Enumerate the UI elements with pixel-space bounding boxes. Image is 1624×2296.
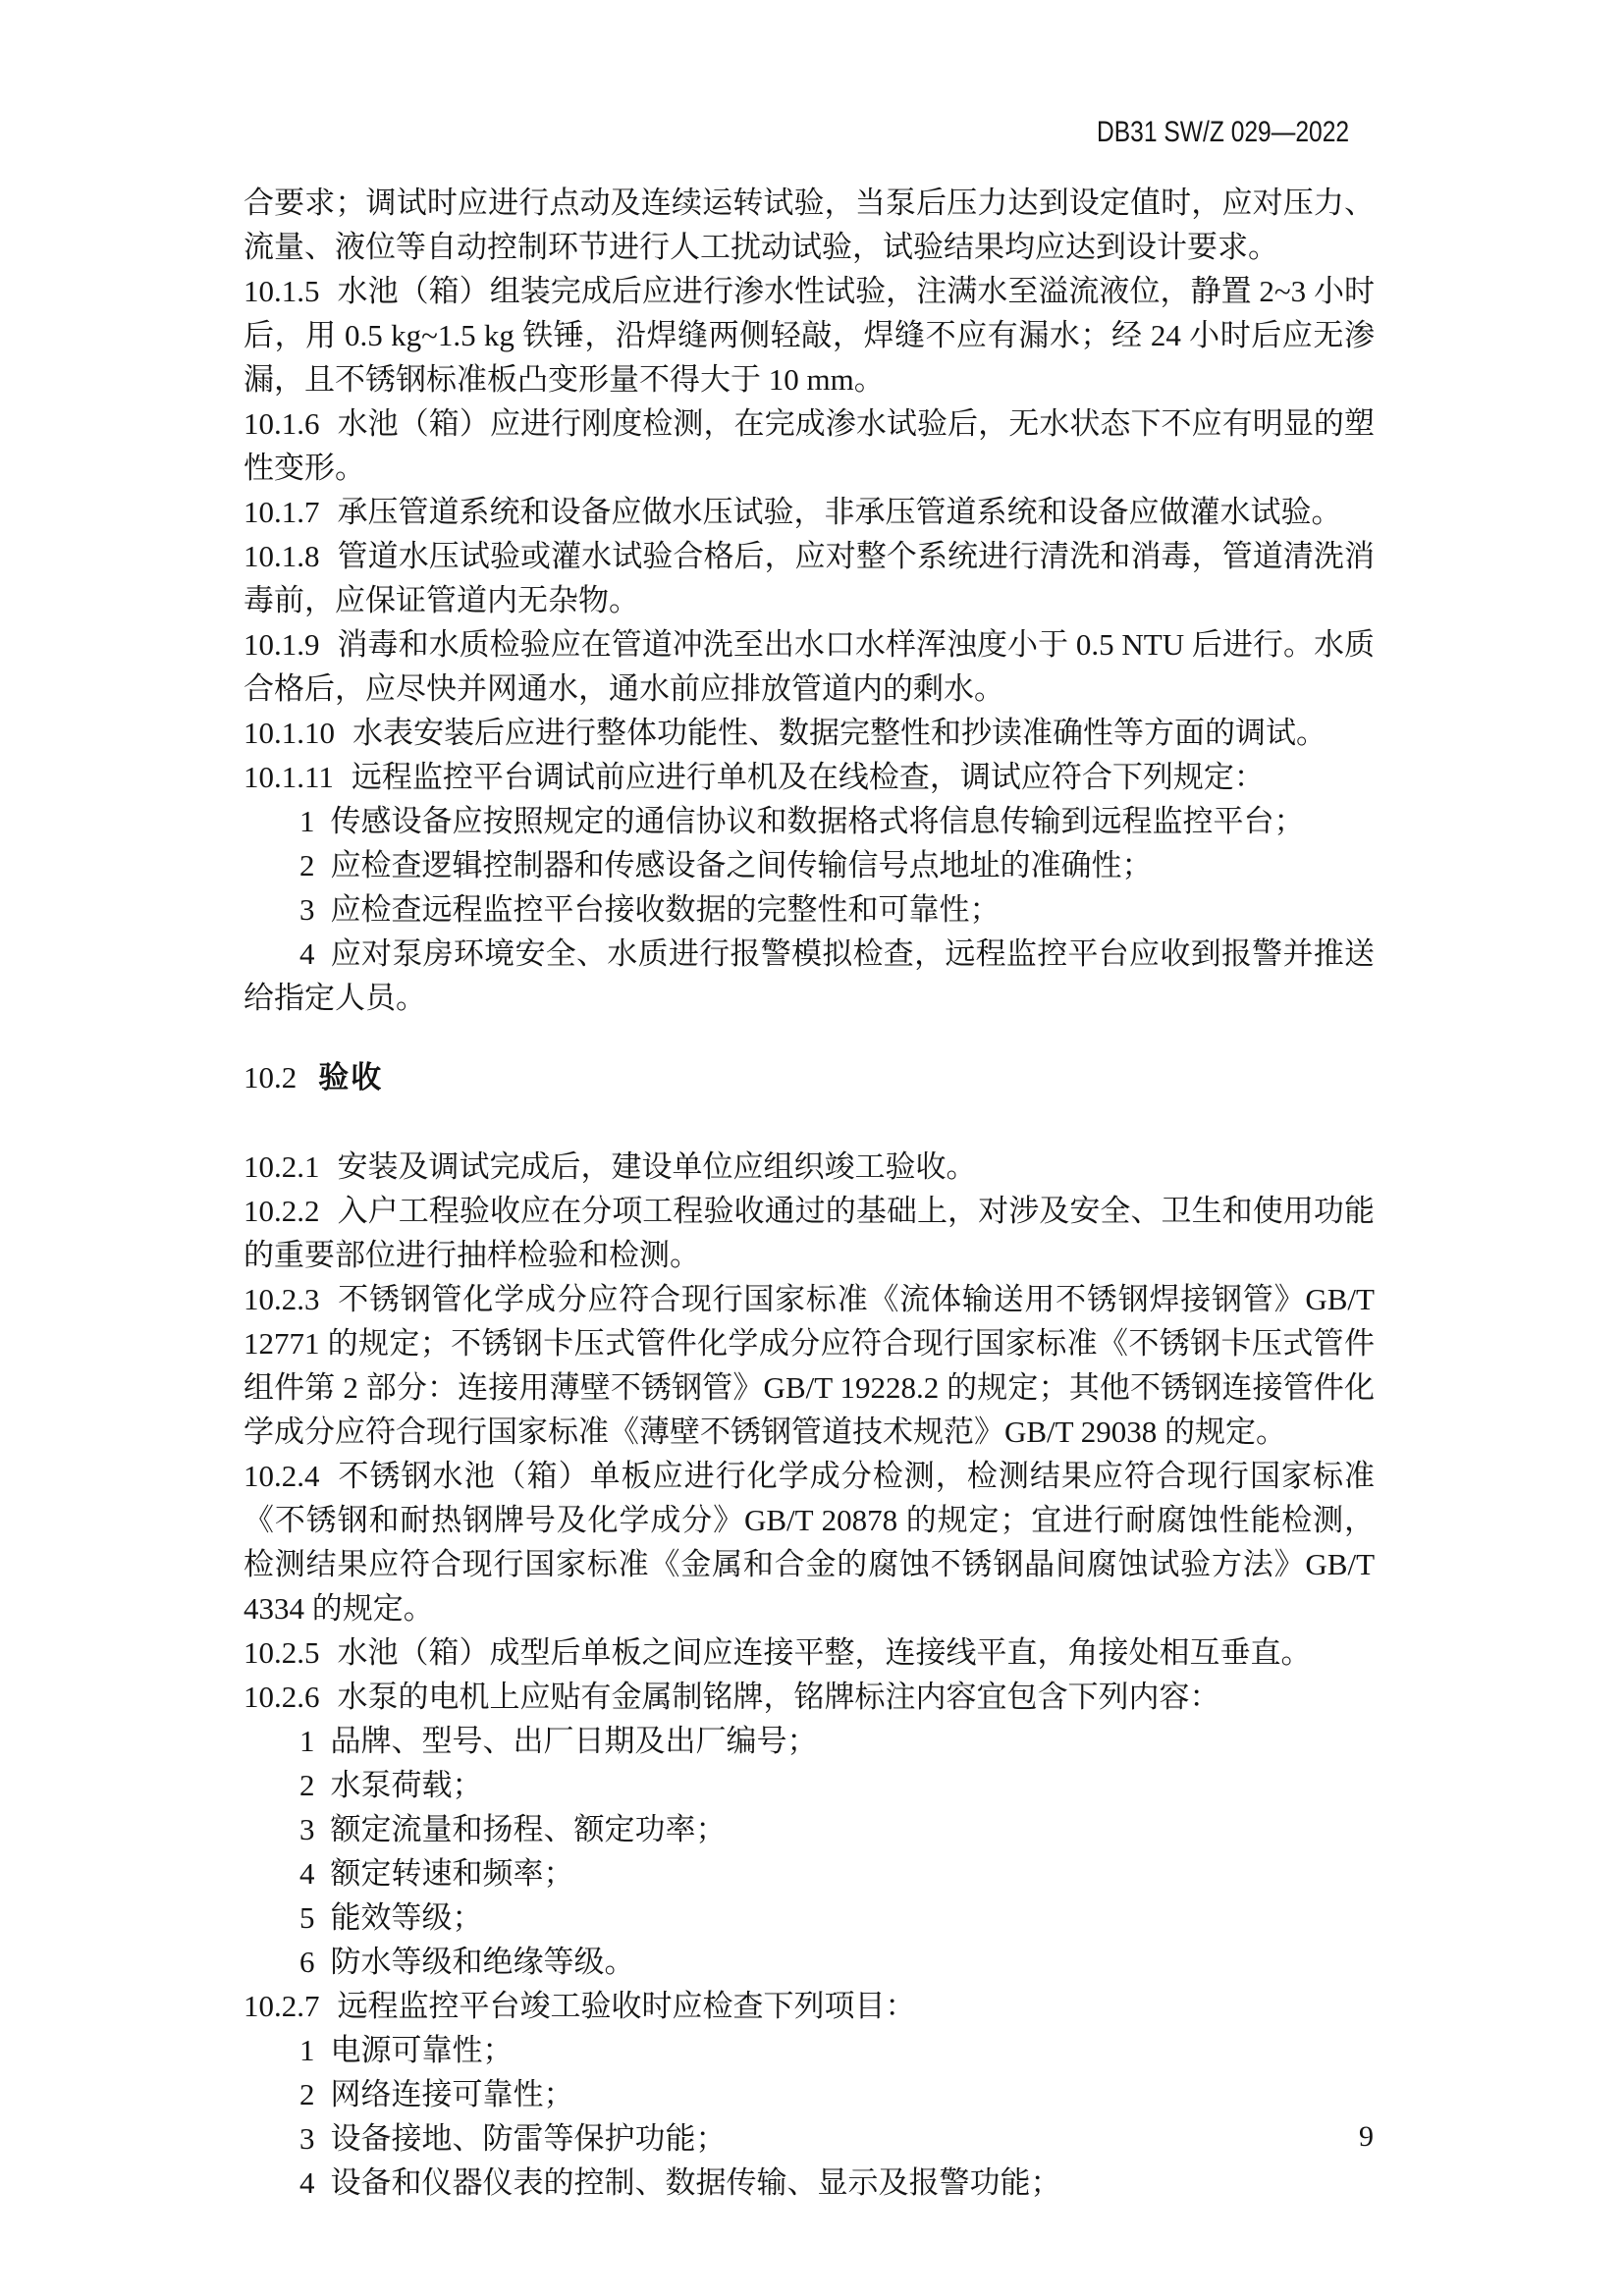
list-item: 2水泵荷载； (244, 1763, 1375, 1807)
clause-number: 6 (299, 1945, 315, 1979)
clause-number: 1 (299, 1724, 315, 1758)
clause-number: 10.2.6 (244, 1680, 320, 1714)
clause-number: 10.2.2 (244, 1194, 320, 1228)
list-item: 4应对泵房环境安全、水质进行报警模拟检查，远程监控平台应收到报警并推送给指定人员… (244, 932, 1375, 1020)
paragraph-text: 设备和仪器仪表的控制、数据传输、显示及报警功能； (331, 2165, 1061, 2200)
clause-number: 10.1.8 (244, 539, 320, 573)
paragraph-text: 水泵的电机上应贴有金属制铭牌，铭牌标注内容宜包含下列内容： (338, 1680, 1220, 1714)
paragraph-text: 防水等级和绝缘等级。 (331, 1945, 635, 1979)
clause-number: 4 (299, 1856, 315, 1891)
standard-number-header: DB31 SW/Z 029—2022 (1097, 116, 1349, 149)
list-item: 2网络连接可靠性； (244, 2072, 1375, 2116)
list-item: 6防水等级和绝缘等级。 (244, 1940, 1375, 1984)
clause-number: 10.1.11 (244, 760, 334, 794)
clause-number: 10.1.7 (244, 495, 320, 529)
paragraph-text: 能效等级； (331, 1900, 483, 1935)
paragraph-text: 水池（箱）组装完成后应进行渗水性试验，注满水至溢流液位，静置 2~3 小时后，用… (244, 274, 1375, 397)
list-item: 2应检查逻辑控制器和传感设备之间传输信号点地址的准确性； (244, 843, 1375, 887)
paragraph-text: 水池（箱）成型后单板之间应连接平整，连接线平直，角接处相互垂直。 (338, 1635, 1312, 1670)
clause-number: 1 (299, 2033, 315, 2067)
clause-number: 3 (299, 1812, 315, 1846)
paragraph-text: 应检查逻辑控制器和传感设备之间传输信号点地址的准确性； (331, 848, 1153, 882)
paragraph-text: 不锈钢管化学成分应符合现行国家标准《流体输送用不锈钢焊接钢管》GB/T 1277… (244, 1282, 1375, 1449)
paragraph-text: 网络连接可靠性； (331, 2077, 574, 2111)
paragraph-text: 远程监控平台调试前应进行单机及在线检查，调试应符合下列规定： (352, 760, 1265, 794)
paragraph-text: 额定流量和扬程、额定功率； (331, 1812, 727, 1846)
clause-paragraph: 10.2.7远程监控平台竣工验收时应检查下列项目： (244, 1984, 1375, 2028)
paragraph-text: 入户工程验收应在分项工程验收通过的基础上，对涉及安全、卫生和使用功能的重要部位进… (244, 1194, 1375, 1272)
clause-paragraph: 10.1.10水表安装后应进行整体功能性、数据完整性和抄读准确性等方面的调试。 (244, 711, 1375, 755)
paragraph-text: 传感设备应按照规定的通信协议和数据格式将信息传输到远程监控平台； (331, 804, 1305, 838)
clause-number: 3 (299, 892, 315, 927)
clause-paragraph: 10.1.5水池（箱）组装完成后应进行渗水性试验，注满水至溢流液位，静置 2~3… (244, 269, 1375, 401)
paragraph-text: 电源可靠性； (331, 2033, 514, 2067)
clause-number: 4 (299, 936, 315, 971)
clause-paragraph: 10.2.3不锈钢管化学成分应符合现行国家标准《流体输送用不锈钢焊接钢管》GB/… (244, 1277, 1375, 1454)
clause-number: 10.1.10 (244, 716, 335, 750)
paragraph-text: 水表安装后应进行整体功能性、数据完整性和抄读准确性等方面的调试。 (352, 716, 1326, 750)
paragraph-text: 安装及调试完成后，建设单位应组织竣工验收。 (338, 1149, 977, 1184)
paragraph-text: 合要求；调试时应进行点动及连续运转试验，当泵后压力达到设定值时，应对压力、流量、… (244, 186, 1375, 264)
paragraph-text: 管道水压试验或灌水试验合格后，应对整个系统进行清洗和消毒，管道清洗消毒前，应保证… (244, 539, 1375, 617)
section-number: 10.2 (244, 1060, 297, 1095)
clause-number: 10.2.4 (244, 1459, 320, 1493)
section-title: 验收 (318, 1060, 383, 1095)
list-item: 1品牌、型号、出厂日期及出厂编号； (244, 1719, 1375, 1763)
paragraph-text: 水泵荷载； (331, 1768, 483, 1802)
clause-number: 10.2.5 (244, 1635, 320, 1670)
clause-number: 2 (299, 2077, 315, 2111)
paragraph-text: 设备接地、防雷等保护功能； (331, 2121, 727, 2156)
list-item: 4额定转速和频率； (244, 1851, 1375, 1896)
section-heading: 10.2验收 (244, 1055, 1375, 1099)
paragraph-text: 应对泵房环境安全、水质进行报警模拟检查，远程监控平台应收到报警并推送给指定人员。 (244, 936, 1375, 1015)
paragraph-text: 额定转速和频率； (331, 1856, 574, 1891)
paragraph-text: 远程监控平台竣工验收时应检查下列项目： (338, 1989, 916, 2023)
clause-paragraph: 10.2.1安装及调试完成后，建设单位应组织竣工验收。 (244, 1145, 1375, 1189)
clause-number: 10.2.1 (244, 1149, 320, 1184)
paragraph-text: 水池（箱）应进行刚度检测，在完成渗水试验后，无水状态下不应有明显的塑性变形。 (244, 406, 1375, 485)
list-item: 4设备和仪器仪表的控制、数据传输、显示及报警功能； (244, 2161, 1375, 2205)
clause-paragraph: 10.1.9消毒和水质检验应在管道冲洗至出水口水样浑浊度小于 0.5 NTU 后… (244, 622, 1375, 711)
page-number: 9 (1359, 2120, 1374, 2154)
document-body: 合要求；调试时应进行点动及连续运转试验，当泵后压力达到设定值时，应对压力、流量、… (244, 181, 1375, 2205)
clause-paragraph: 10.2.4不锈钢水池（箱）单板应进行化学成分检测，检测结果应符合现行国家标准《… (244, 1454, 1375, 1630)
clause-number: 1 (299, 804, 315, 838)
clause-number: 5 (299, 1900, 315, 1935)
clause-number: 2 (299, 1768, 315, 1802)
paragraph-text: 消毒和水质检验应在管道冲洗至出水口水样浑浊度小于 0.5 NTU 后进行。水质合… (244, 627, 1375, 706)
paragraph-text: 应检查远程监控平台接收数据的完整性和可靠性； (331, 892, 1001, 927)
clause-paragraph: 10.1.8管道水压试验或灌水试验合格后，应对整个系统进行清洗和消毒，管道清洗消… (244, 534, 1375, 622)
continuation-paragraph: 合要求；调试时应进行点动及连续运转试验，当泵后压力达到设定值时，应对压力、流量、… (244, 181, 1375, 269)
clause-number: 10.1.6 (244, 406, 320, 441)
list-item: 3额定流量和扬程、额定功率； (244, 1807, 1375, 1851)
document-page: DB31 SW/Z 029—2022 合要求；调试时应进行点动及连续运转试验，当… (0, 0, 1624, 2296)
clause-paragraph: 10.1.11远程监控平台调试前应进行单机及在线检查，调试应符合下列规定： (244, 755, 1375, 799)
clause-paragraph: 10.2.5水池（箱）成型后单板之间应连接平整，连接线平直，角接处相互垂直。 (244, 1630, 1375, 1675)
list-item: 1电源可靠性； (244, 2028, 1375, 2072)
clause-number: 10.2.3 (244, 1282, 320, 1316)
clause-paragraph: 10.1.6水池（箱）应进行刚度检测，在完成渗水试验后，无水状态下不应有明显的塑… (244, 401, 1375, 490)
list-item: 5能效等级； (244, 1896, 1375, 1940)
clause-paragraph: 10.1.7承压管道系统和设备应做水压试验，非承压管道系统和设备应做灌水试验。 (244, 490, 1375, 534)
clause-number: 10.1.9 (244, 627, 320, 662)
clause-number: 3 (299, 2121, 315, 2156)
clause-paragraph: 10.2.6水泵的电机上应贴有金属制铭牌，铭牌标注内容宜包含下列内容： (244, 1675, 1375, 1719)
clause-number: 4 (299, 2165, 315, 2200)
list-item: 3应检查远程监控平台接收数据的完整性和可靠性； (244, 887, 1375, 932)
paragraph-text: 不锈钢水池（箱）单板应进行化学成分检测，检测结果应符合现行国家标准《不锈钢和耐热… (244, 1459, 1375, 1626)
paragraph-text: 品牌、型号、出厂日期及出厂编号； (331, 1724, 818, 1758)
clause-number: 10.1.5 (244, 274, 320, 308)
clause-paragraph: 10.2.2入户工程验收应在分项工程验收通过的基础上，对涉及安全、卫生和使用功能… (244, 1189, 1375, 1277)
clause-number: 10.2.7 (244, 1989, 320, 2023)
paragraph-text: 承压管道系统和设备应做水压试验，非承压管道系统和设备应做灌水试验。 (338, 495, 1342, 529)
list-item: 3设备接地、防雷等保护功能； (244, 2116, 1375, 2161)
clause-number: 2 (299, 848, 315, 882)
list-item: 1传感设备应按照规定的通信协议和数据格式将信息传输到远程监控平台； (244, 799, 1375, 843)
